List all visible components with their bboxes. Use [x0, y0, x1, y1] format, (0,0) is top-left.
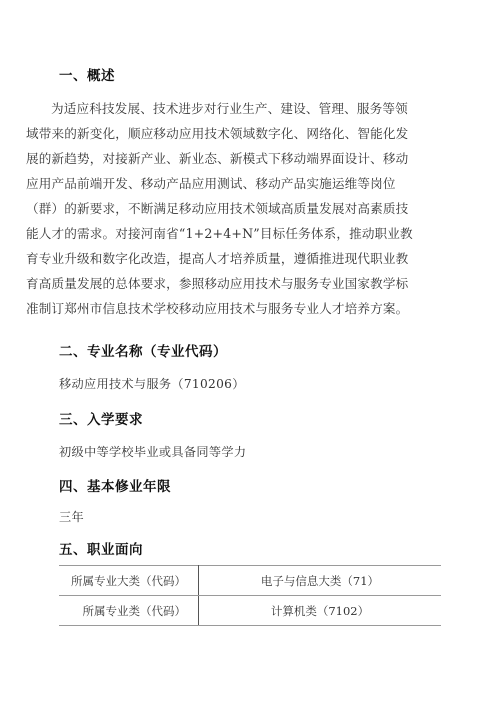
paragraph-line: 能人才的需求。对接河南省“1+2+4+N”目标任务体系，推动职业教: [26, 221, 446, 246]
section-heading-career: 五、职业面向: [59, 538, 143, 558]
table-cell-value: 电子与信息大类（71）: [199, 566, 442, 596]
overview-paragraph: 为适应科技发展、技术进步对行业生产、建设、管理、服务等领 域带来的新变化，顺应移…: [26, 96, 446, 321]
table-row: 所属专业类（代码） 计算机类（7102）: [59, 596, 441, 626]
section-heading-admission: 三、入学要求: [59, 408, 143, 428]
paragraph-line: 展的新趋势，对接新产业、新业态、新模式下移动端界面设计、移动: [26, 146, 446, 171]
table-cell-label: 所属专业类（代码）: [59, 596, 199, 626]
paragraph-line: 育专业升级和数字化改造，提高人才培养质量，遵循推进现代职业教: [26, 246, 446, 271]
admission-text: 初级中等学校毕业或具备同等学力: [59, 443, 246, 460]
paragraph-line: 育高质量发展的总体要求，参照移动应用技术与服务专业国家教学标: [26, 271, 446, 296]
section-heading-major-name: 二、专业名称（专业代码）: [59, 340, 227, 360]
paragraph-line: 准制订郑州市信息技术学校移动应用技术与服务专业人才培养方案。: [26, 296, 446, 321]
paragraph-line: 应用产品前端开发、移动产品应用测试、移动产品实施运维等岗位: [26, 171, 446, 196]
paragraph-line: 为适应科技发展、技术进步对行业生产、建设、管理、服务等领: [26, 96, 446, 121]
table-cell-label: 所属专业大类（代码）: [59, 566, 199, 596]
duration-text: 三年: [59, 508, 84, 525]
paragraph-line: 域带来的新变化，顺应移动应用技术领域数字化、网络化、智能化发: [26, 121, 446, 146]
paragraph-line: （群）的新要求，不断满足移动应用技术领域高质量发展对高素质技: [26, 196, 446, 221]
section-heading-duration: 四、基本修业年限: [59, 475, 171, 495]
table-row: 所属专业大类（代码） 电子与信息大类（71）: [59, 566, 441, 596]
table-cell-value: 计算机类（7102）: [199, 596, 442, 626]
document-page: 一、概述 为适应科技发展、技术进步对行业生产、建设、管理、服务等领 域带来的新变…: [0, 0, 500, 707]
career-table: 所属专业大类（代码） 电子与信息大类（71） 所属专业类（代码） 计算机类（71…: [59, 565, 441, 626]
major-name-text: 移动应用技术与服务（710206）: [59, 375, 245, 392]
section-heading-overview: 一、概述: [59, 64, 115, 84]
